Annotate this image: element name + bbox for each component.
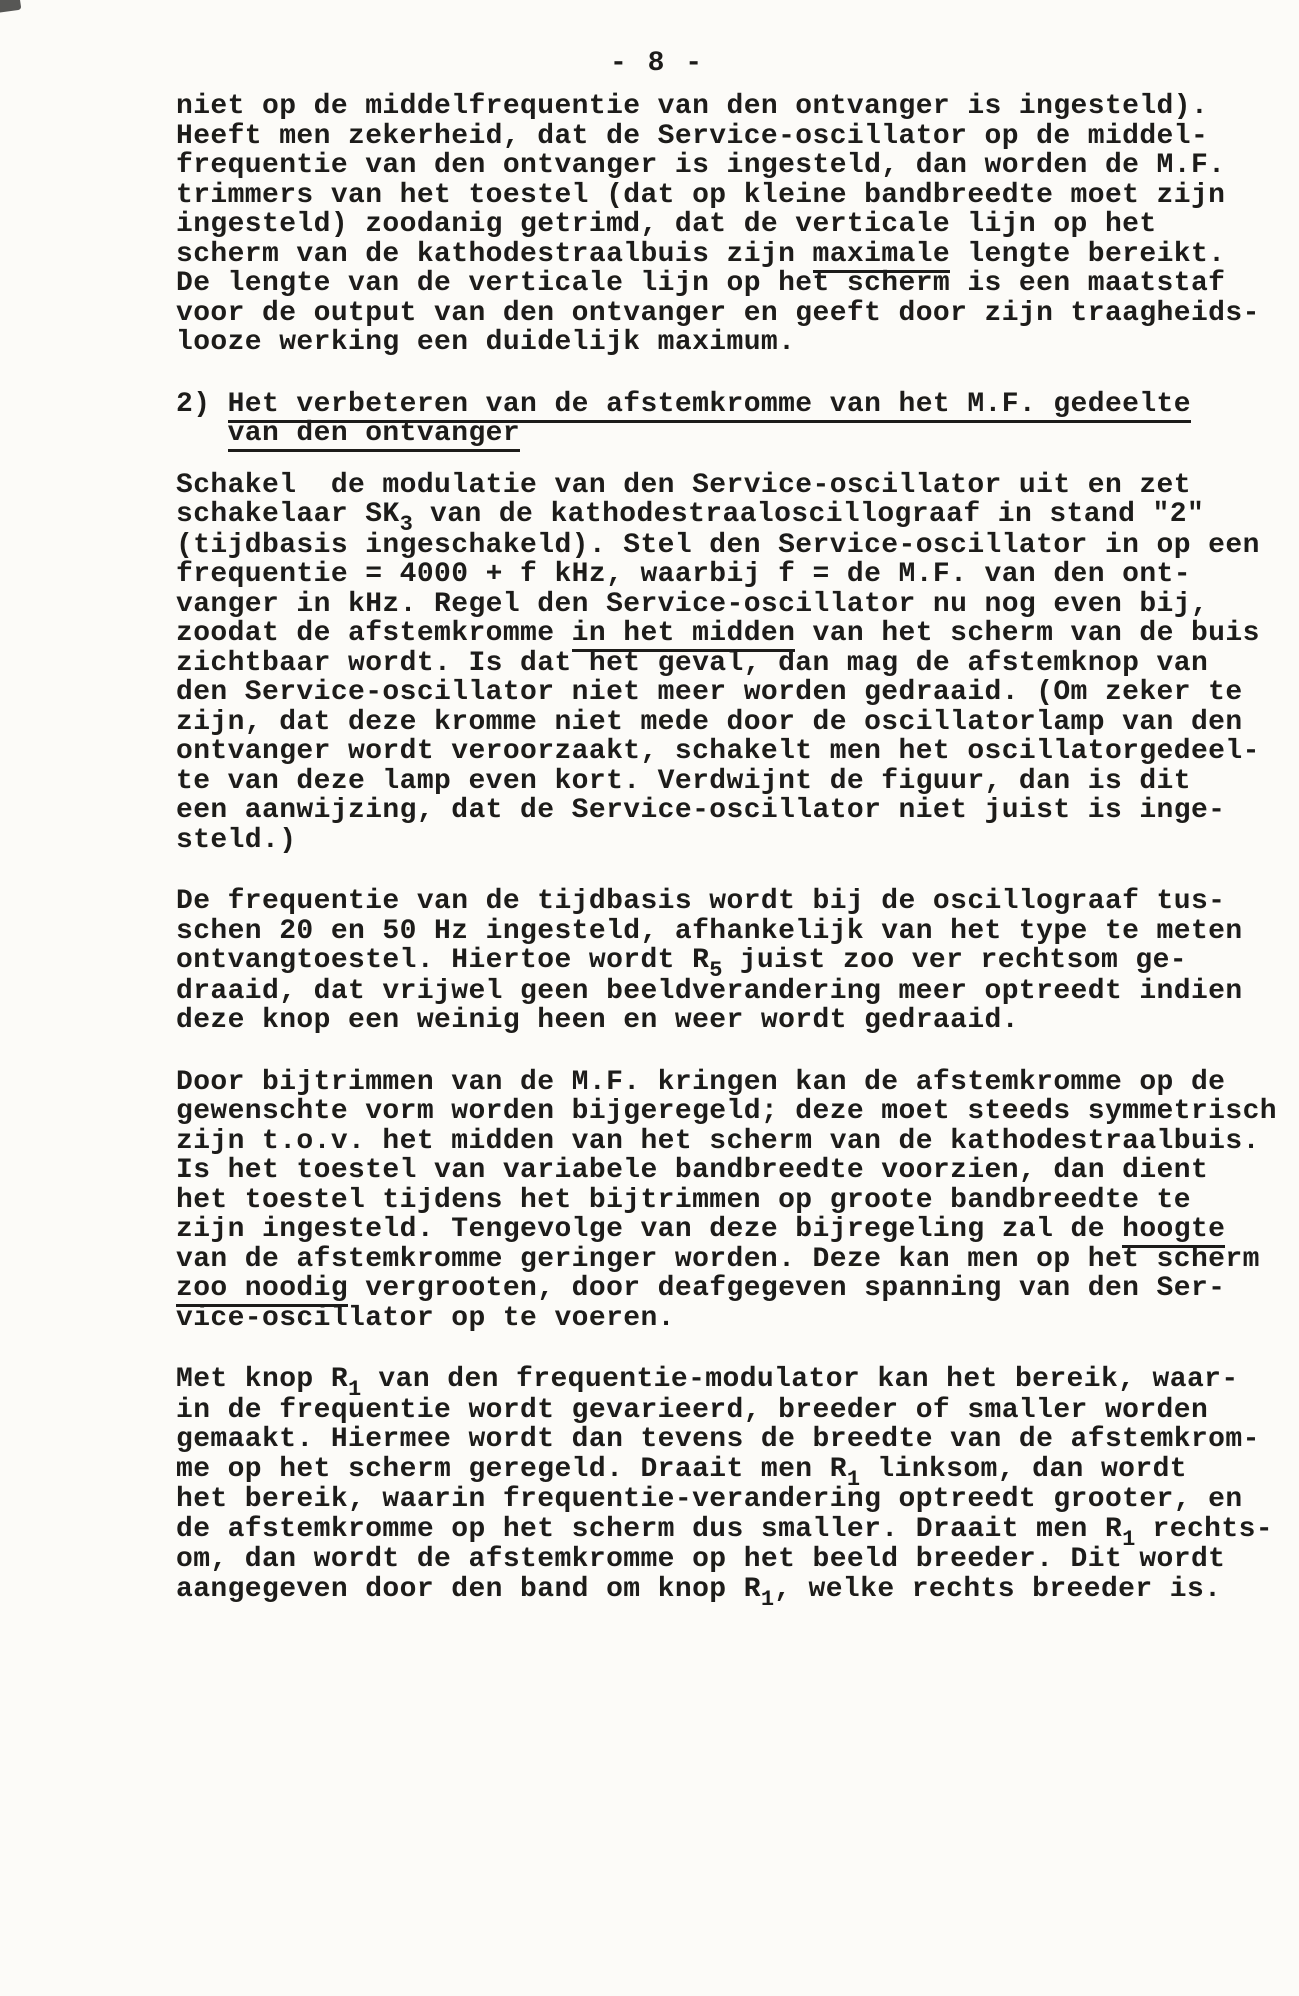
text-line: me op het scherm geregeld. Draait men R1… [176,1455,1299,1486]
text-line: deze knop een weinig heen en weer wordt … [176,1006,1299,1036]
text-run: vice-oscillator op te voeren. [176,1303,675,1334]
text-line: trimmers van het toestel (dat op kleine … [176,181,1299,211]
text-run: van de kathodestraaloscillograaf in stan… [413,499,1204,530]
text-run: om, dan wordt de afstemkromme op het bee… [176,1544,1225,1575]
text-run: van de afstemkromme geringer worden. Dez… [176,1244,1260,1275]
paragraph-bijtrimmen: Door bijtrimmen van de M.F. kringen kan … [176,1068,1299,1334]
text-run: Heeft men zekerheid, dat de Service-osci… [176,121,1208,152]
text-line: een aanwijzing, dat de Service-oscillato… [176,796,1299,826]
text-run: de afstemkromme op het scherm dus smalle… [176,1514,1122,1545]
text-run: rechts- [1135,1514,1273,1545]
text-line: De lengte van de verticale lijn op het s… [176,269,1299,299]
text-run: voor de output van den ontvanger en geef… [176,298,1260,329]
text-run: Door bijtrimmen van de M.F. kringen kan … [176,1067,1225,1098]
text-run: zoodat de afstemkromme [176,618,572,649]
text-run: zijn t.o.v. het midden van het scherm va… [176,1126,1260,1157]
text-run: Met knop R [176,1364,348,1395]
text-line: (tijdbasis ingeschakeld). Stel den Servi… [176,531,1299,561]
text-line: niet op de middelfrequentie van den ontv… [176,92,1299,122]
text-run: , welke rechts breeder is. [774,1574,1221,1605]
text-run: (tijdbasis ingeschakeld). Stel den Servi… [176,530,1260,561]
subscript-text: 1 [761,1587,774,1612]
text-run: schakelaar SK [176,499,400,530]
subscript-text: 3 [400,512,413,537]
text-line: den Service-oscillator niet meer worden … [176,678,1299,708]
text-line: looze werking een duidelijk maximum. [176,328,1299,358]
text-line: van den ontvanger [176,419,1299,449]
text-line: Met knop R1 van den frequentie-modulator… [176,1365,1299,1396]
text-run: aangegeven door den band om knop R [176,1574,761,1605]
text-line: van de afstemkromme geringer worden. Dez… [176,1245,1299,1275]
text-line: het bereik, waarin frequentie-veranderin… [176,1485,1299,1515]
text-line: het toestel tijdens het bijtrimmen op gr… [176,1186,1299,1216]
text-line: in de frequentie wordt gevarieerd, breed… [176,1396,1299,1426]
text-line: zichtbaar wordt. Is dat het geval, dan m… [176,649,1299,679]
text-run: het toestel tijdens het bijtrimmen op gr… [176,1185,1191,1216]
text-run: frequentie van den ontvanger is ingestel… [176,150,1225,181]
text-run: schen 20 en 50 Hz ingesteld, afhankelijk… [176,916,1243,947]
text-line: vice-oscillator op te voeren. [176,1304,1299,1334]
text-line: ingesteld) zoodanig getrimd, dat de vert… [176,210,1299,240]
text-line: te van deze lamp even kort. Verdwijnt de… [176,767,1299,797]
text-run: niet op de middelfrequentie van den ontv… [176,91,1208,122]
text-line: gewenschte vorm worden bijgeregeld; deze… [176,1097,1299,1127]
text-line: frequentie = 4000 + f kHz, waarbij f = d… [176,560,1299,590]
text-line: voor de output van den ontvanger en geef… [176,299,1299,329]
text-line: ontvangtoestel. Hiertoe wordt R5 juist z… [176,946,1299,977]
subscript-text: 1 [1122,1527,1135,1552]
subscript-text: 1 [348,1377,361,1402]
text-line: zijn t.o.v. het midden van het scherm va… [176,1127,1299,1157]
text-run: ingesteld) zoodanig getrimd, dat de vert… [176,209,1157,240]
paragraph-tijdbasis-frequentie: De frequentie van de tijdbasis wordt bij… [176,887,1299,1036]
text-run: van den frequentie-modulator kan het ber… [361,1364,1238,1395]
scan-edge-artifact [0,0,21,14]
text-run: scherm van de kathodestraalbuis zijn [176,239,813,270]
text-line: zijn ingesteld. Tengevolge van deze bijr… [176,1215,1299,1245]
text-run: vanger in kHz. Regel den Service-oscilla… [176,589,1208,620]
text-line: zoodat de afstemkromme in het midden van… [176,619,1299,649]
text-run: het bereik, waarin frequentie-veranderin… [176,1484,1243,1515]
underlined-text: van den ontvanger [228,418,520,452]
text-line: gemaakt. Hiermee wordt dan tevens de bre… [176,1425,1299,1455]
text-line: vanger in kHz. Regel den Service-oscilla… [176,590,1299,620]
text-run: ontvangtoestel. Hiertoe wordt R [176,945,709,976]
paragraph-service-oscillator-instelling: Schakel de modulatie van den Service-osc… [176,471,1299,856]
text-run: 2) [176,389,228,420]
text-run: van het scherm van de buis [795,618,1259,649]
text-run: looze werking een duidelijk maximum. [176,327,795,358]
text-run: De lengte van de verticale lijn op het s… [176,268,1225,299]
text-run: De frequentie van de tijdbasis wordt bij… [176,886,1225,917]
text-line: De frequentie van de tijdbasis wordt bij… [176,887,1299,917]
text-line: schen 20 en 50 Hz ingesteld, afhankelijk… [176,917,1299,947]
paragraph-mf-trimmers: niet op de middelfrequentie van den ontv… [176,92,1299,358]
paragraph-knop-r1: Met knop R1 van den frequentie-modulator… [176,1365,1299,1605]
text-run: zijn ingesteld. Tengevolge van deze bijr… [176,1214,1122,1245]
text-line: schakelaar SK3 van de kathodestraaloscil… [176,500,1299,531]
text-run: frequentie = 4000 + f kHz, waarbij f = d… [176,559,1191,590]
text-run: in de frequentie wordt gevarieerd, breed… [176,1395,1208,1426]
text-run: vergrooten, door deafgegeven spanning va… [348,1273,1225,1304]
text-run: gewenschte vorm worden bijgeregeld; deze… [176,1096,1277,1127]
text-line: zoo noodig vergrooten, door deafgegeven … [176,1274,1299,1304]
text-run: trimmers van het toestel (dat op kleine … [176,180,1225,211]
subscript-text: 1 [847,1467,860,1492]
text-run: gemaakt. Hiermee wordt dan tevens de bre… [176,1424,1260,1455]
text-run: lengte bereikt. [950,239,1225,270]
heading-section-2: 2) Het verbeteren van de afstemkromme va… [176,390,1299,449]
text-run: ontvanger wordt veroorzaakt, schakelt me… [176,736,1260,767]
page-number: - 8 - [610,48,704,79]
text-line: Is het toestel van variabele bandbreedte… [176,1156,1299,1186]
text-run [176,418,228,449]
text-line: aangegeven door den band om knop R1, wel… [176,1575,1299,1606]
text-line: ontvanger wordt veroorzaakt, schakelt me… [176,737,1299,767]
subscript-text: 5 [709,958,722,983]
text-line: Heeft men zekerheid, dat de Service-osci… [176,122,1299,152]
text-run: te van deze lamp even kort. Verdwijnt de… [176,766,1191,797]
document-body: niet op de middelfrequentie van den ontv… [176,92,1299,1637]
text-line: 2) Het verbeteren van de afstemkromme va… [176,390,1299,420]
text-run: steld.) [176,825,296,856]
text-run: zichtbaar wordt. Is dat het geval, dan m… [176,648,1208,679]
text-run: juist zoo ver rechtsom ge- [723,945,1187,976]
text-run: Schakel de modulatie van den Service-osc… [176,470,1191,501]
text-line: de afstemkromme op het scherm dus smalle… [176,1515,1299,1546]
text-run: den Service-oscillator niet meer worden … [176,677,1243,708]
text-line: scherm van de kathodestraalbuis zijn max… [176,240,1299,270]
text-run: linksom, dan wordt [860,1454,1187,1485]
text-run: deze knop een weinig heen en weer wordt … [176,1005,1019,1036]
text-run: me op het scherm geregeld. Draait men R [176,1454,847,1485]
text-line: Door bijtrimmen van de M.F. kringen kan … [176,1068,1299,1098]
text-line: draaid, dat vrijwel geen beeldveranderin… [176,977,1299,1007]
text-run: zijn, dat deze kromme niet mede door de … [176,707,1243,738]
text-line: steld.) [176,826,1299,856]
text-run: een aanwijzing, dat de Service-oscillato… [176,795,1225,826]
text-run: Is het toestel van variabele bandbreedte… [176,1155,1208,1186]
text-line: zijn, dat deze kromme niet mede door de … [176,708,1299,738]
text-line: frequentie van den ontvanger is ingestel… [176,151,1299,181]
text-line: Schakel de modulatie van den Service-osc… [176,471,1299,501]
